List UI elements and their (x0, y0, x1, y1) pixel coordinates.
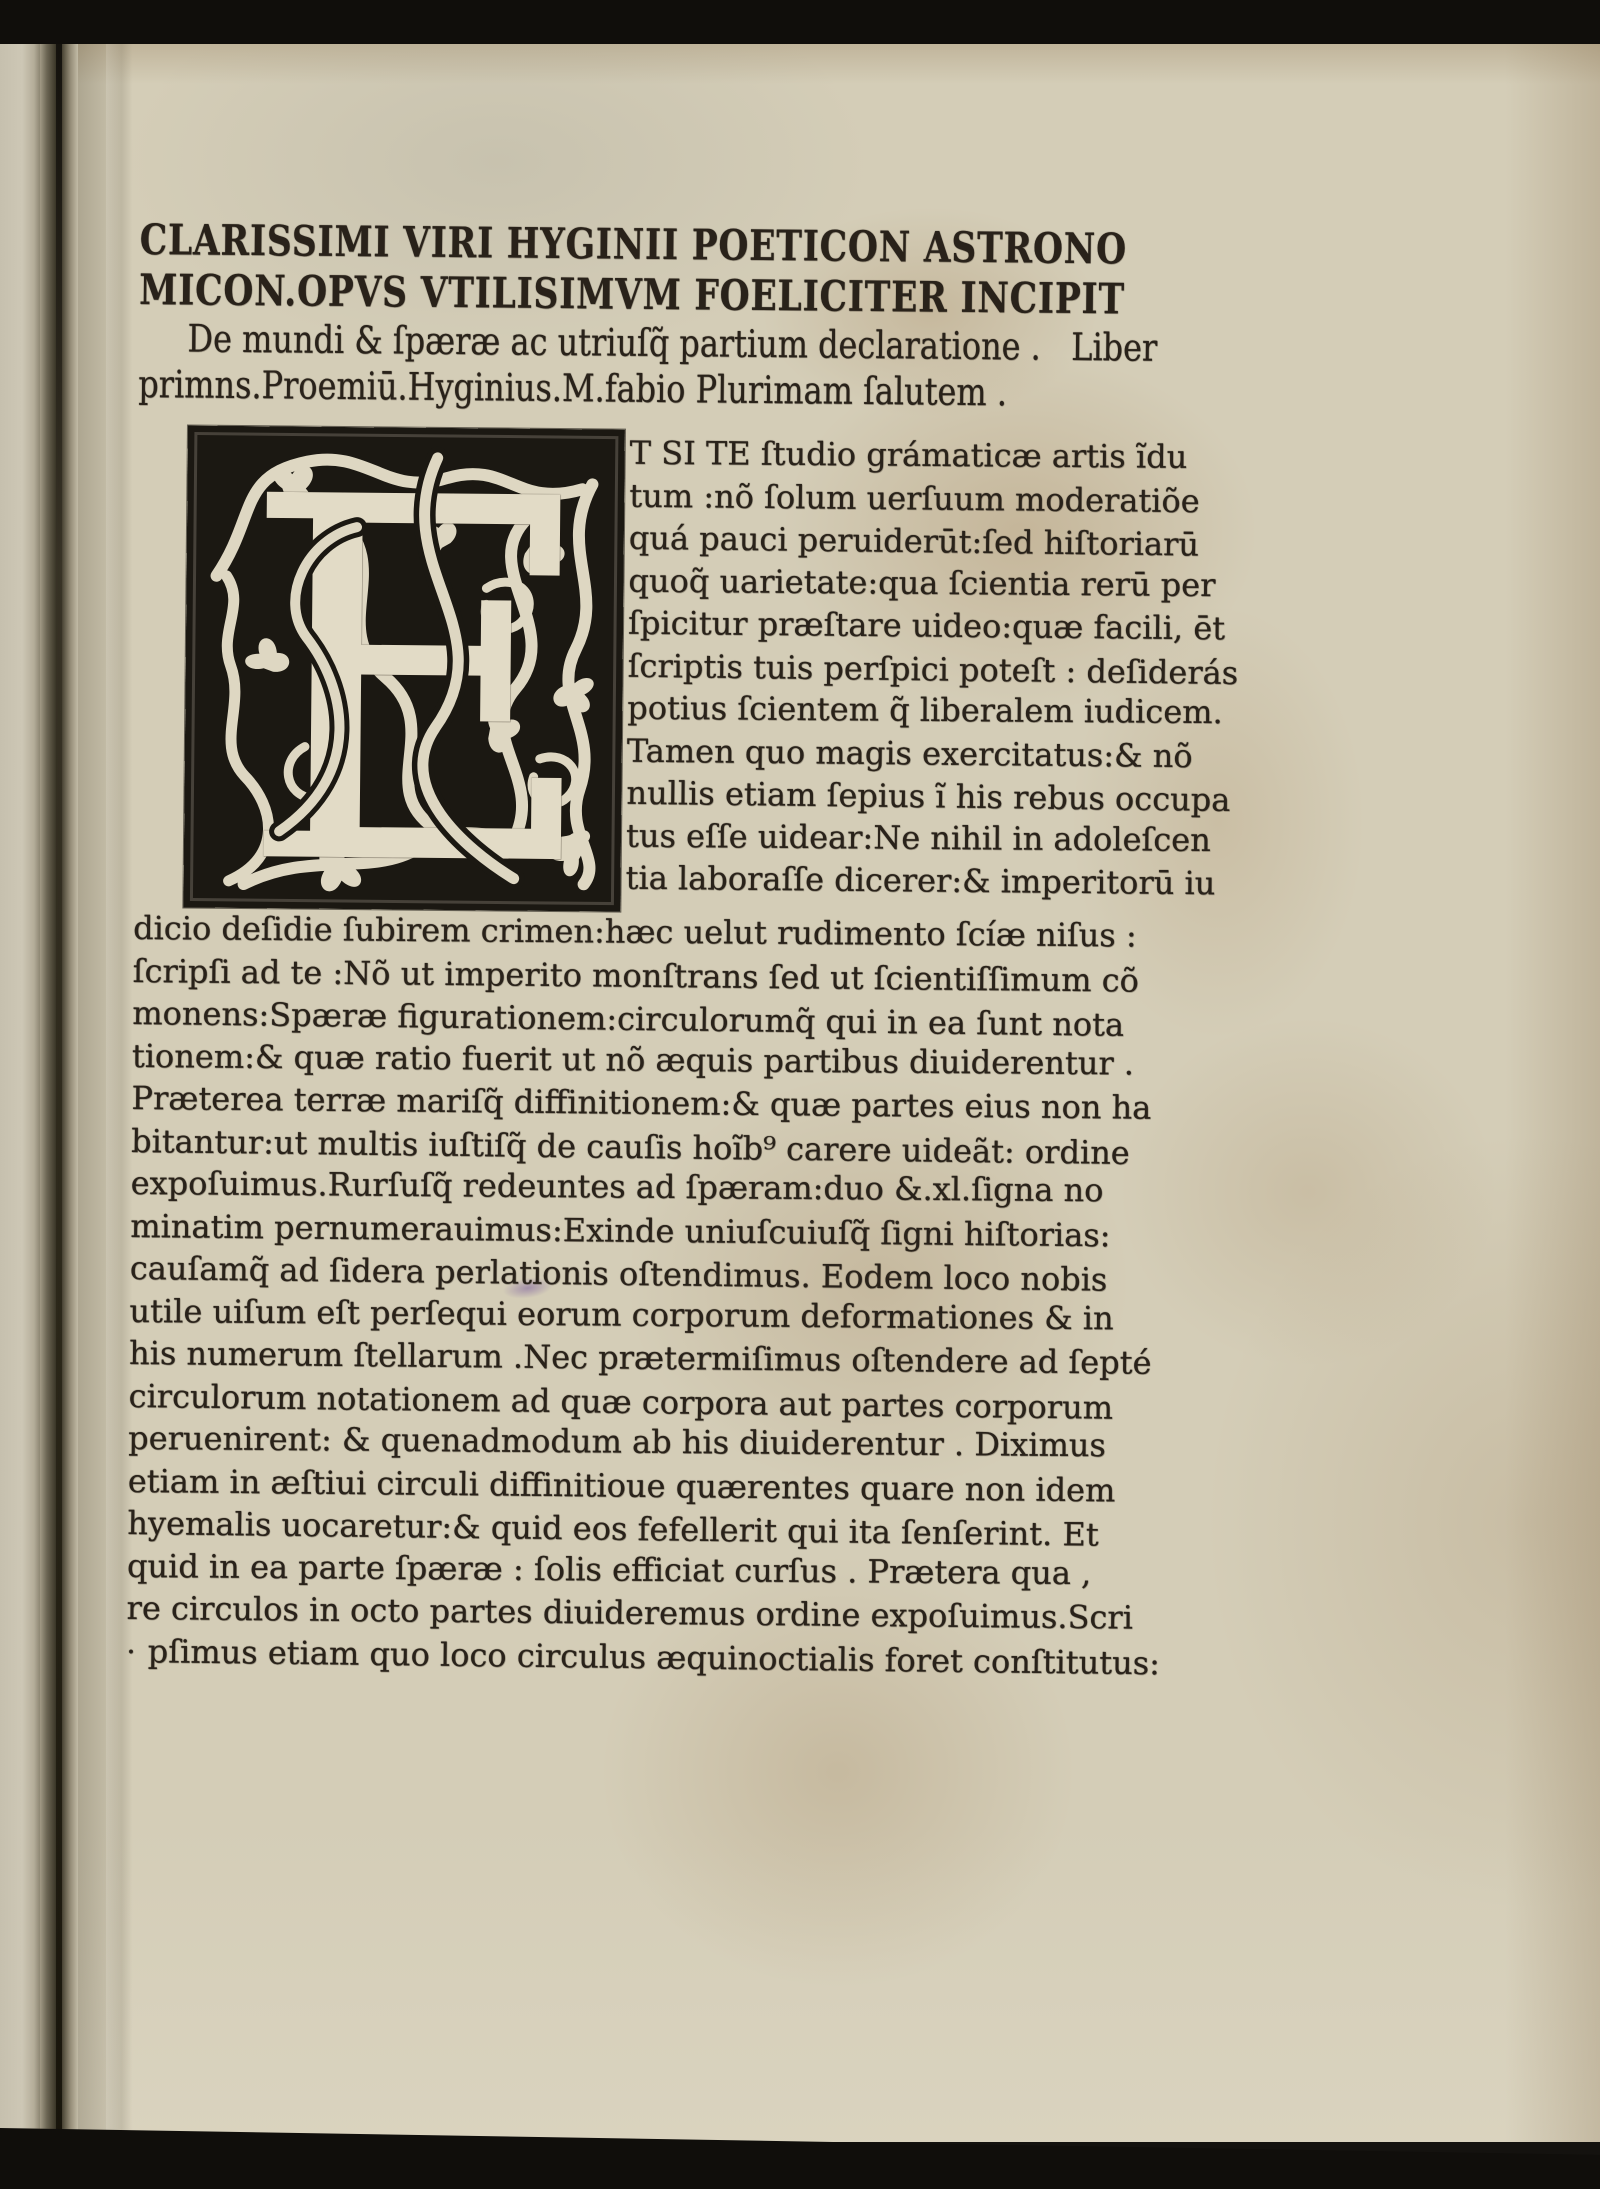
decorated-initial-woodcut: E (183, 425, 625, 911)
text-line: ·pſimus etiam quo loco circulus æquinoct… (126, 1629, 1166, 1686)
text-line: tionem:& quæ ratio fuerit ut nõ æquis pa… (132, 1034, 1172, 1084)
text-line: tia laboraſſe dicerer:& imperitorū iu (625, 857, 1236, 905)
opening-paragraph: E T SI TE ſtudio grámaticæ artis ĩdu tum… (133, 423, 1178, 917)
text-line: peruenirent: & quenadmodum ab his diuide… (128, 1417, 1168, 1467)
text-line: utile uiſum eſt perſequi eorum corporum … (129, 1289, 1169, 1339)
page-crease (106, 42, 132, 2142)
photo-backdrop: CLARISSIMI VIRI HYGINII POETICON ASTRONO… (0, 0, 1600, 2189)
printed-text-block: CLARISSIMI VIRI HYGINII POETICON ASTRONO… (126, 215, 1180, 1684)
full-width-paragraph: dicio deſidie ſubirem crimen:hæc uelut r… (126, 907, 1173, 1684)
text-line: Tamen quo magis exercitatus:& nõ (627, 729, 1238, 777)
text-line: tum :nõ ſolum uerſuum moderatiõe (629, 474, 1240, 522)
text-line: potius ſcientem q̃ liberalem iudicem. (627, 687, 1238, 734)
text-line: nullis etiam ſepius ĩ his rebus occupa (626, 772, 1237, 822)
chapter-subtitle-line-1: De mundi & ſpæræ ac utriuſq̃ partium dec… (139, 315, 1013, 369)
text-line: quoq̃ uarietate:qua ſcientia rerū per (628, 559, 1239, 606)
text-line: quá pauci peruiderūt:ſed hiſtoriarū (629, 517, 1240, 567)
text-line: expoſuimus.Rurſuſq̃ redeuntes ad ſpæram:… (131, 1162, 1171, 1212)
text-line-content: pſimus etiam quo loco circulus æquinocti… (148, 1632, 1161, 1682)
photo-top-band (0, 0, 1600, 44)
margin-mark: · (126, 1631, 136, 1674)
text-line: T SI TE ſtudio grámaticæ artis ĩdu (630, 432, 1241, 479)
book-page: CLARISSIMI VIRI HYGINII POETICON ASTRONO… (78, 42, 1600, 2142)
text-line: quid in ea parte ſpæræ : ſolis efficiat … (127, 1544, 1167, 1594)
text-line: dicio deſidie ſubirem crimen:hæc uelut r… (133, 907, 1173, 957)
facing-page-edge (0, 42, 40, 2142)
text-line: ſpicitur præſtare uideo:quæ facili, ēt (628, 602, 1239, 650)
text-column-beside-initial: T SI TE ſtudio grámaticæ artis ĩdu tum :… (625, 432, 1240, 905)
incipit-title-line-2: MICON.OPVS VTILISIMVM FOELICITER INCIPIT (139, 265, 992, 323)
chapter-subtitle-line-2: primns.Proemiū.Hyginius.M.fabio Plurimam… (138, 361, 1012, 415)
text-line: tus eſſe uidear:Ne nihil in adoleſcen (626, 814, 1237, 861)
incipit-title-line-1: CLARISSIMI VIRI HYGINII POETICON ASTRONO (140, 215, 993, 273)
binding-gutter (56, 40, 62, 2146)
